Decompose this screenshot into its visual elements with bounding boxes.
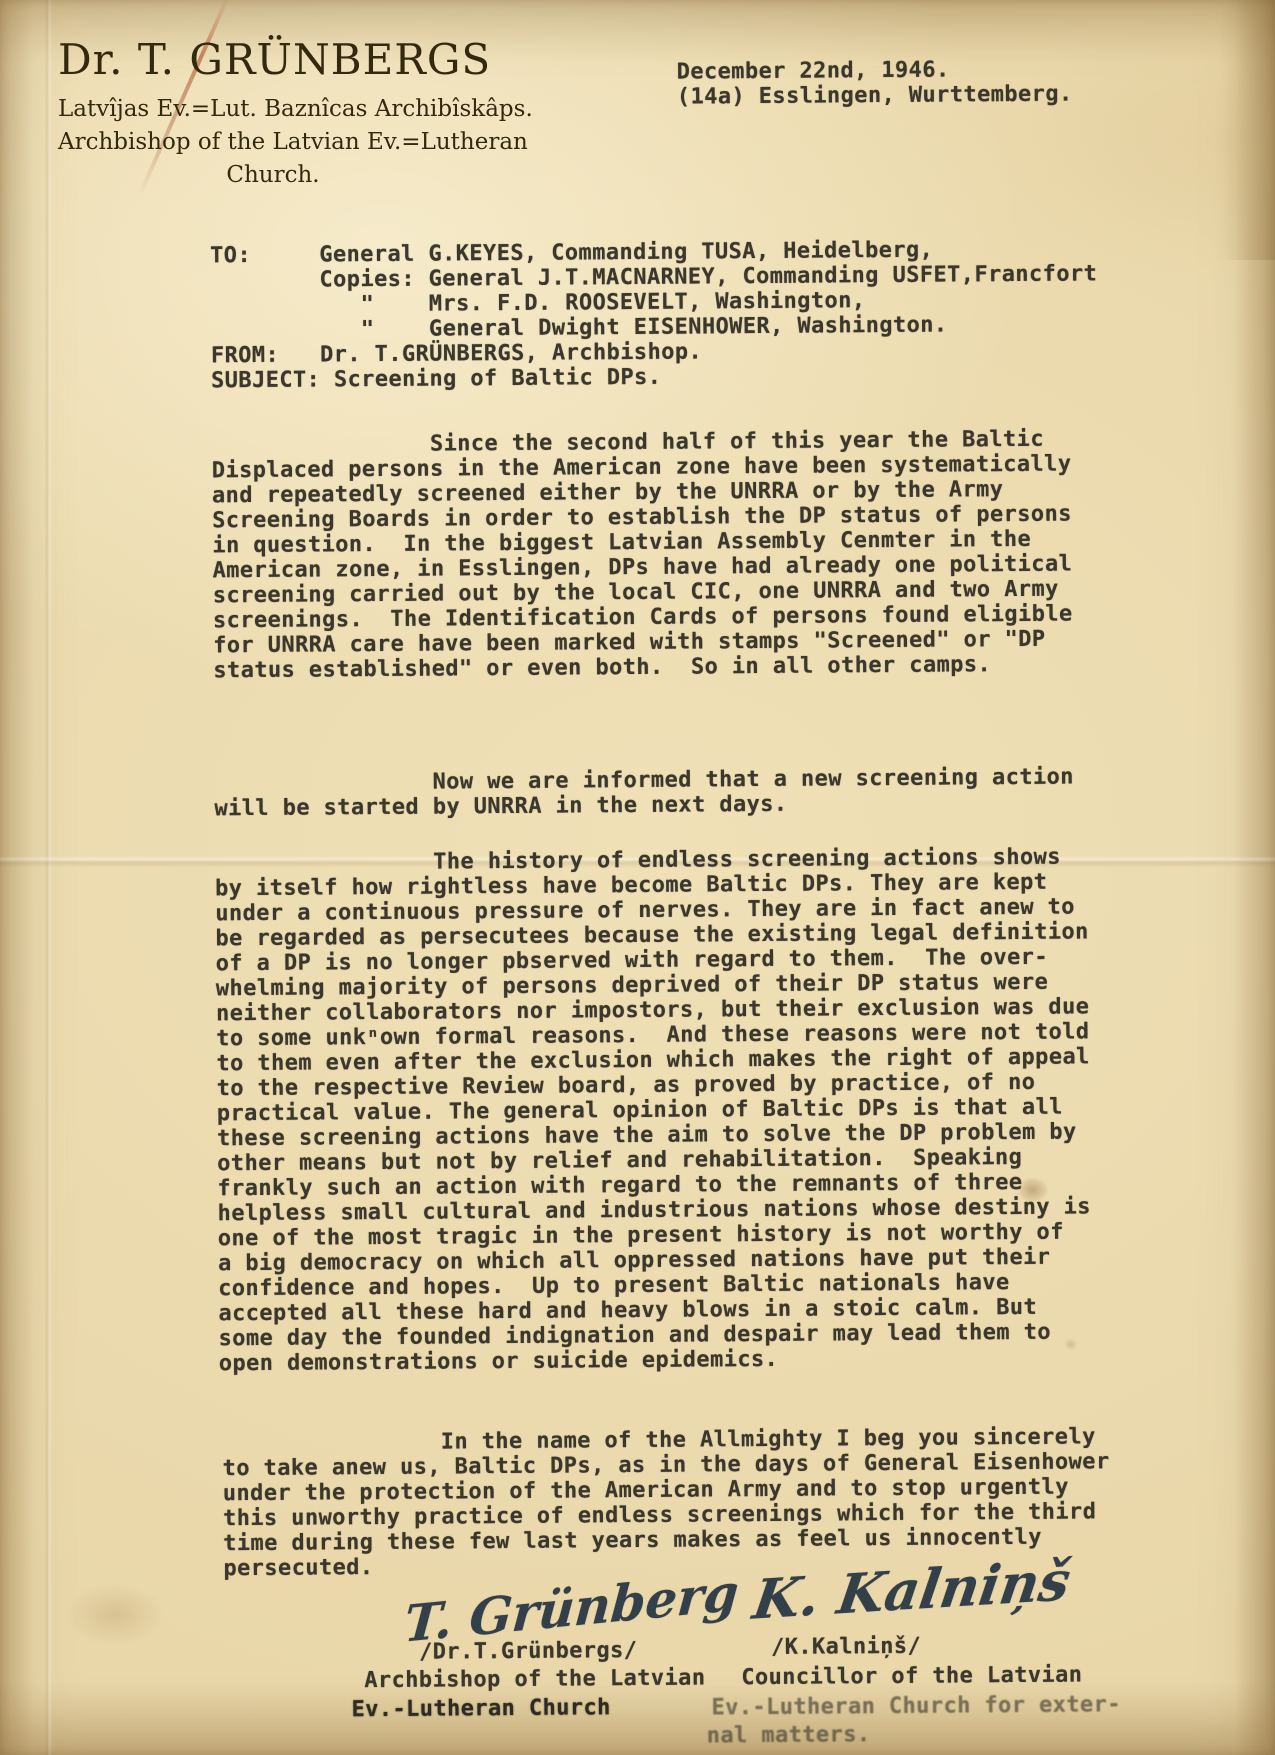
signature-title-kalnins-3: nal matters. bbox=[707, 1722, 871, 1748]
paragraph-1: Since the second half of this year the B… bbox=[211, 427, 1073, 684]
date-block: December 22nd, 1946. (14a) Esslingen, Wu… bbox=[677, 57, 1073, 110]
scanned-letter-page: Dr. T. GRÜNBERGS Latvîjas Ev.=Lut. Baznî… bbox=[0, 0, 1275, 1755]
paragraph-3: The history of endless screening actions… bbox=[215, 844, 1092, 1376]
signature-title-kalnins-1: Councillor of the Latvian bbox=[741, 1663, 1082, 1691]
recipients-block: TO: General G.KEYES, Commanding TUSA, He… bbox=[210, 236, 1098, 393]
signature-title-kalnins-2: Ev.-Lutheran Church for exter- bbox=[711, 1692, 1121, 1720]
signature-title-grunbergs-1: Archbishop of the Latvian bbox=[364, 1665, 705, 1693]
signature-typed-kalnins: /K.Kalniņš/ bbox=[771, 1634, 921, 1660]
signature-typed-grunbergs: /Dr.T.Grünbergs/ bbox=[419, 1638, 638, 1665]
typewritten-layer: December 22nd, 1946. (14a) Esslingen, Wu… bbox=[0, 0, 1275, 1755]
signature-title-grunbergs-2: Ev.-Lutheran Church bbox=[351, 1695, 610, 1722]
paragraph-2: Now we are informed that a new screening… bbox=[214, 765, 1074, 822]
